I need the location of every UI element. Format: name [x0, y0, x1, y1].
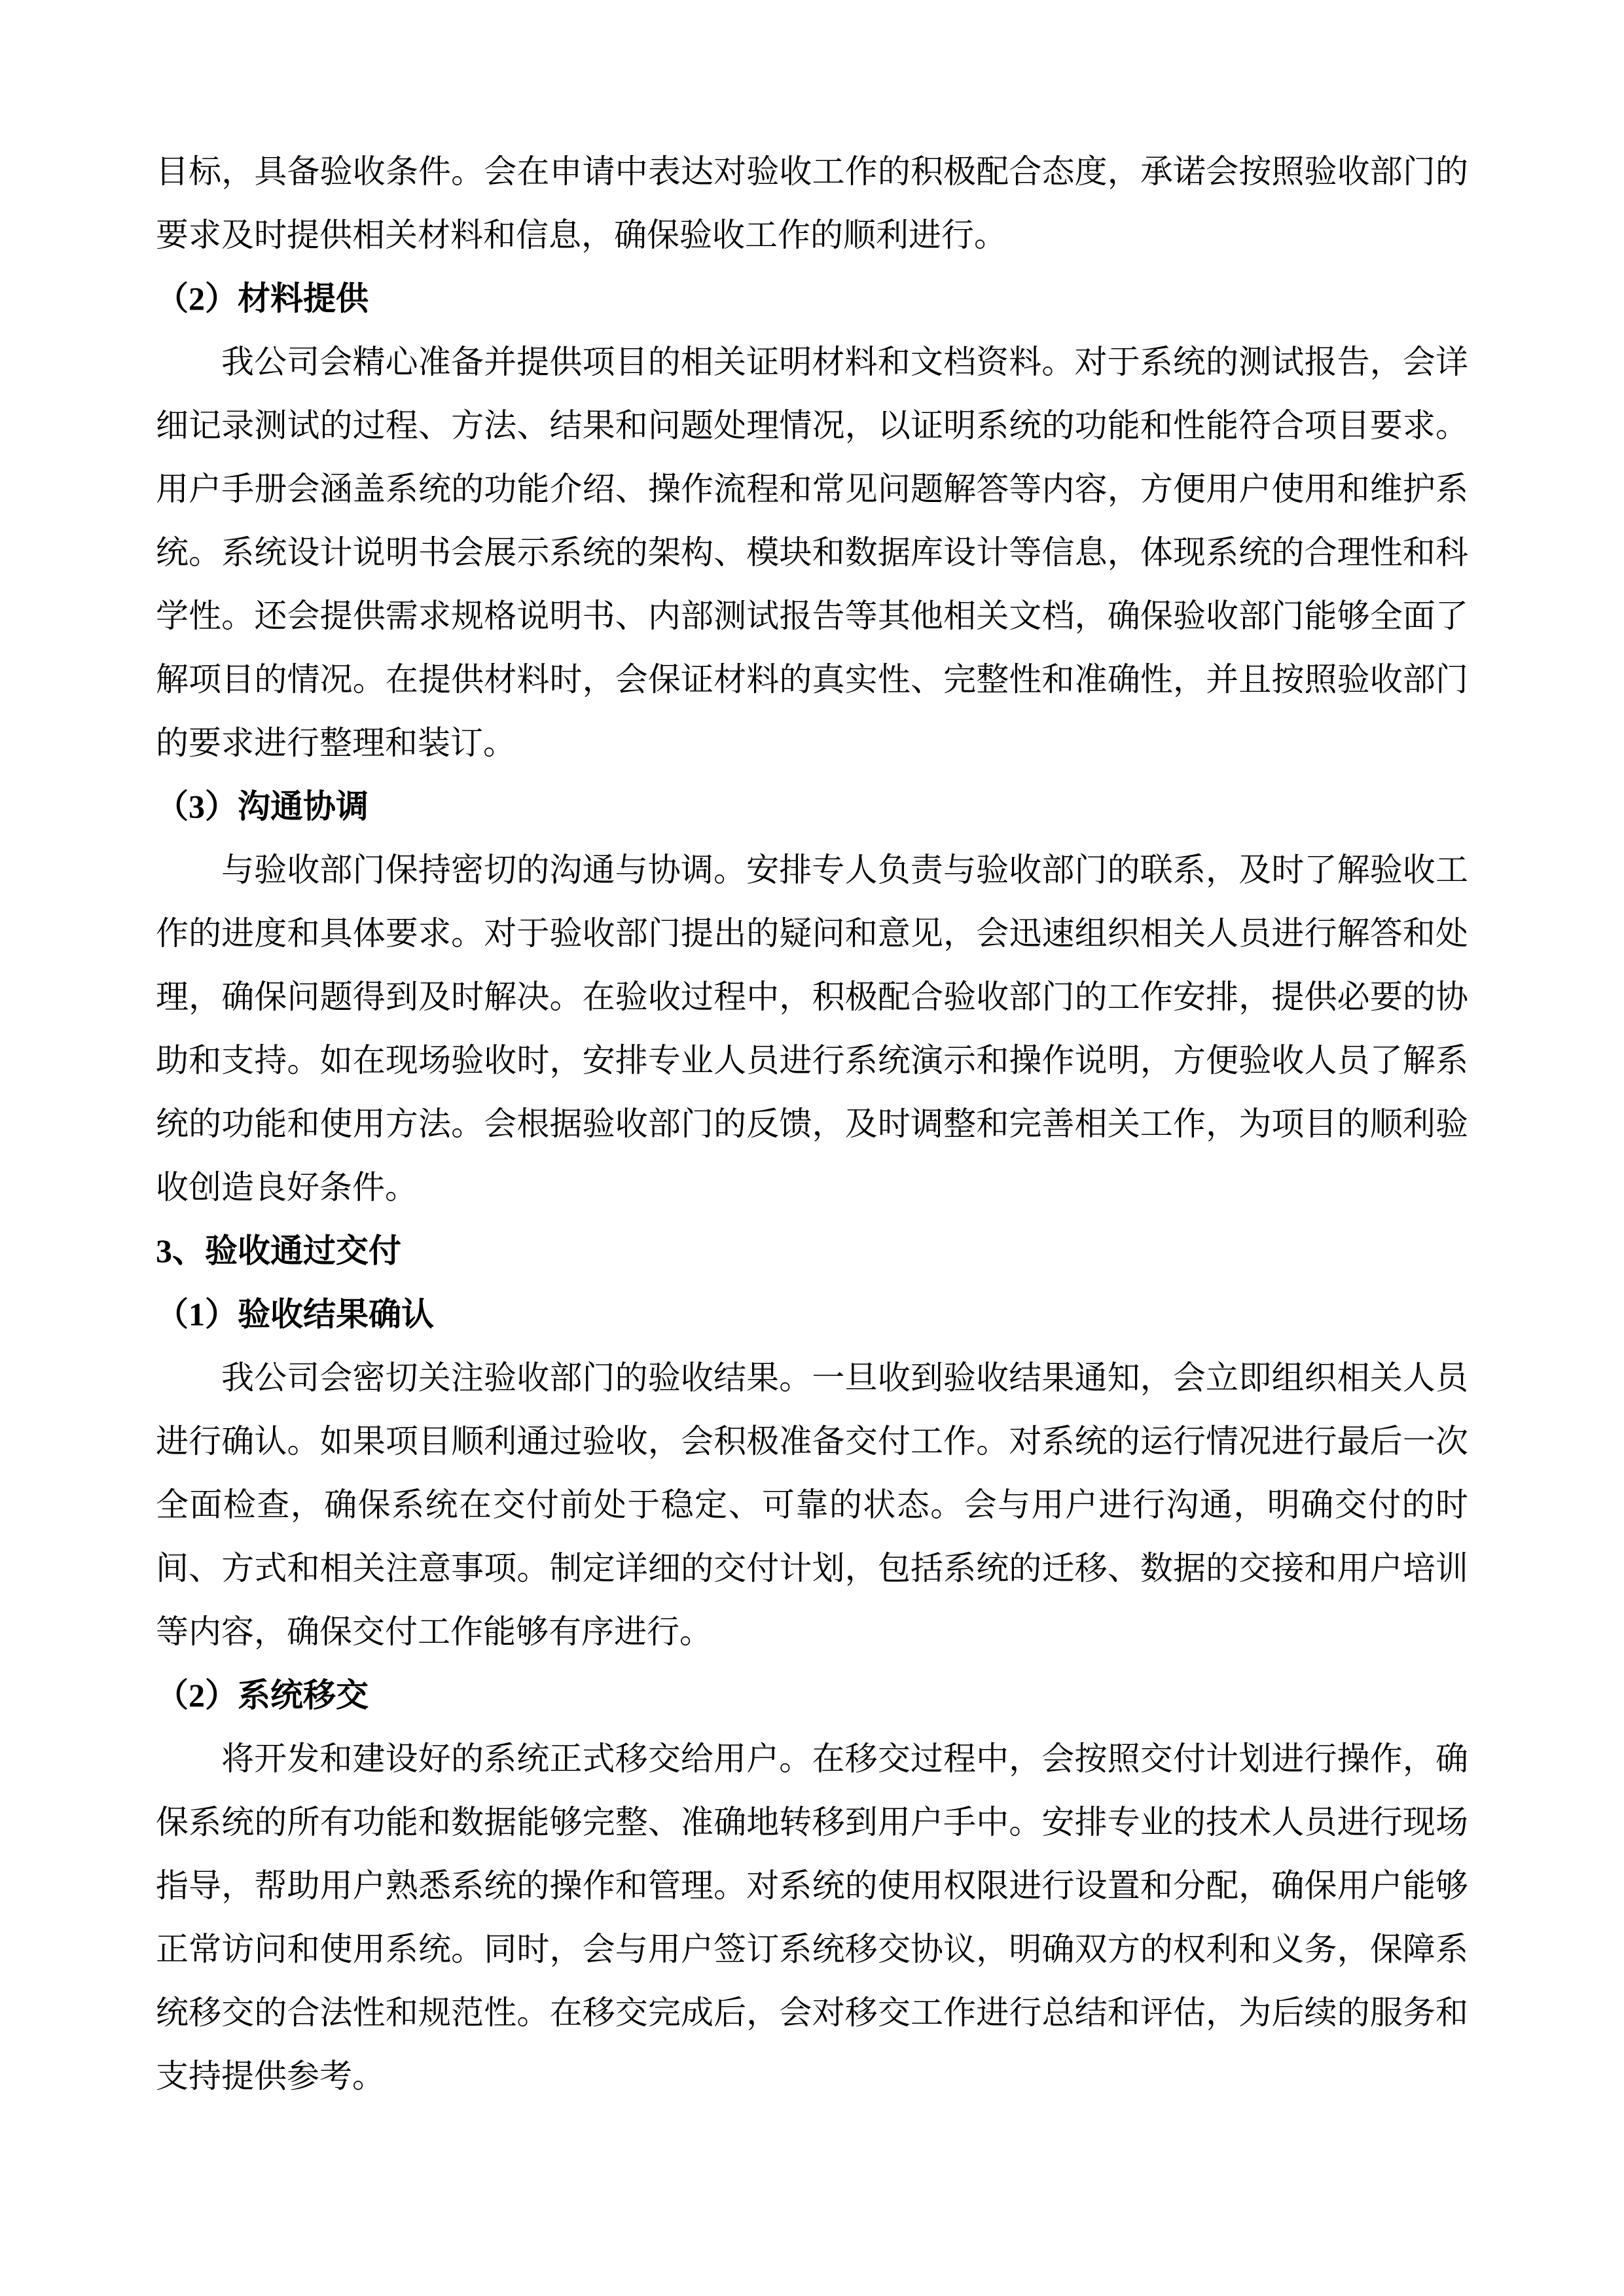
heading-system-handover: （2）系统移交: [156, 1664, 1468, 1727]
heading-communication-coordination: （3）沟通协调: [156, 775, 1468, 838]
heading-acceptance-result-confirmation: （1）验收结果确认: [156, 1283, 1468, 1346]
heading-material-provision: （2）材料提供: [156, 267, 1468, 331]
paragraph-material-provision: 我公司会精心准备并提供项目的相关证明材料和文档资料。对于系统的测试报告，会详细记…: [156, 331, 1468, 775]
heading-acceptance-passed-delivery: 3、验收通过交付: [156, 1219, 1468, 1283]
paragraph-acceptance-result-confirmation: 我公司会密切关注验收部门的验收结果。一旦收到验收结果通知，会立即组织相关人员进行…: [156, 1346, 1468, 1664]
paragraph-system-handover: 将开发和建设好的系统正式移交给用户。在移交过程中，会按照交付计划进行操作，确保系…: [156, 1727, 1468, 2108]
paragraph-communication-coordination: 与验收部门保持密切的沟通与协调。安排专人负责与验收部门的联系，及时了解验收工作的…: [156, 838, 1468, 1219]
paragraph-continuation-acceptance-application: 目标，具备验收条件。会在申请中表达对验收工作的积极配合态度，承诺会按照验收部门的…: [156, 140, 1468, 267]
document-page: 目标，具备验收条件。会在申请中表达对验收工作的积极配合态度，承诺会按照验收部门的…: [0, 0, 1624, 2296]
